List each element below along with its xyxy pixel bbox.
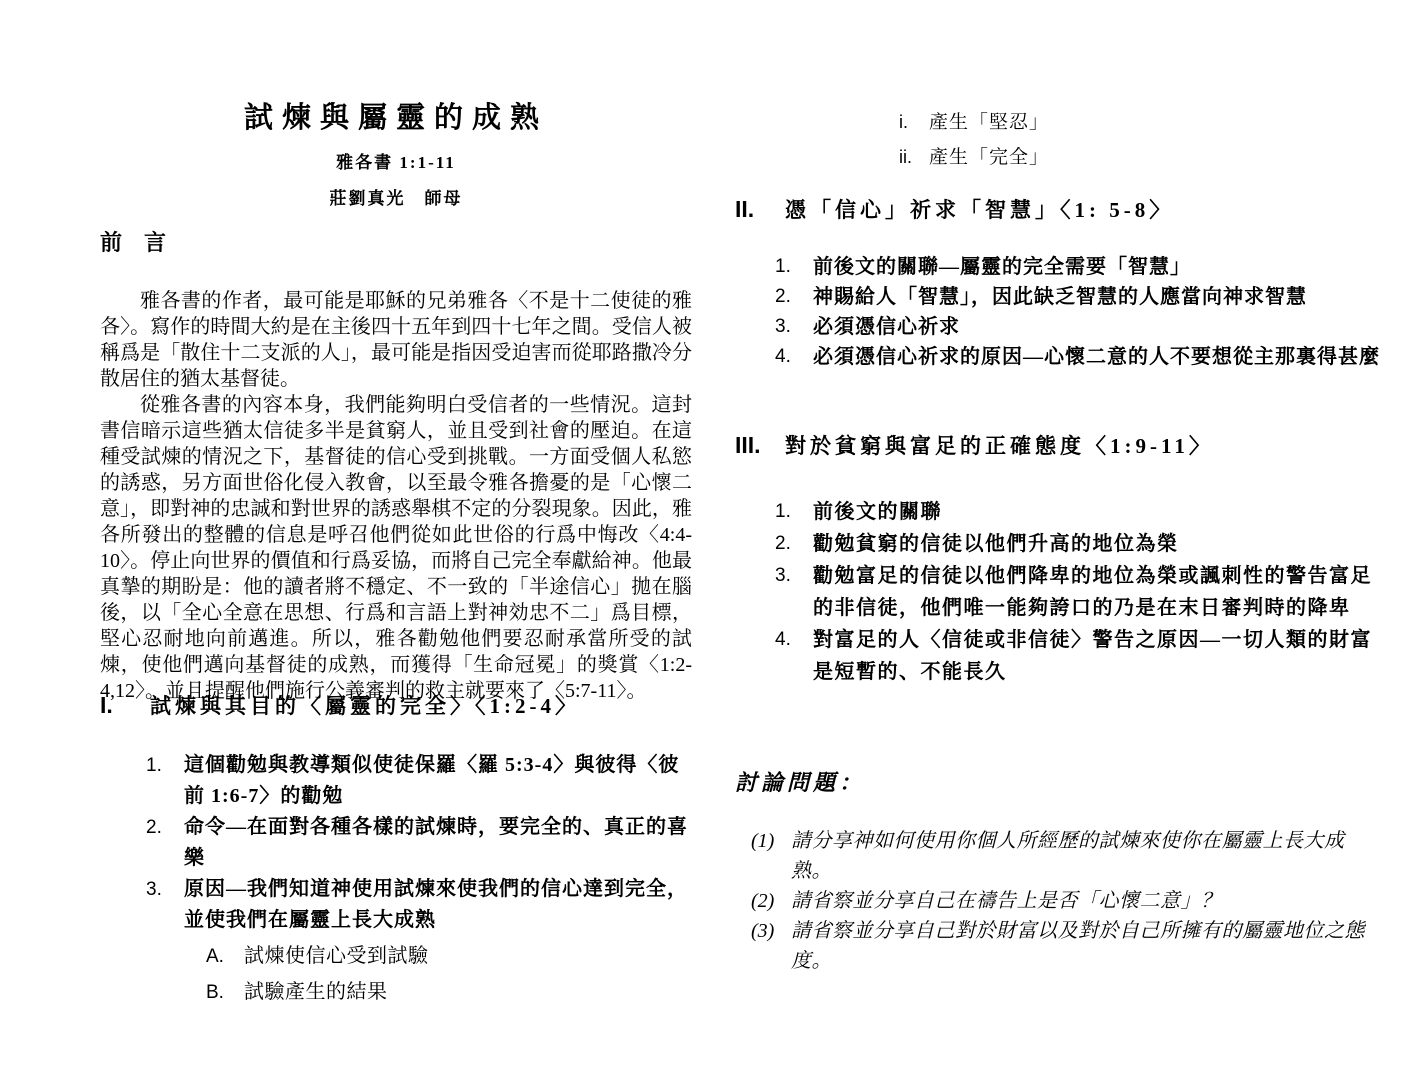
list-item-text: 這個勸勉與教導類似使徒保羅〈羅 5:3-4〉與彼得〈彼前 1:6-7〉的勸勉	[184, 750, 692, 812]
list-item: 3. 勸勉富足的信徒以他們降卑的地位為榮或諷刺性的警告富足的非信徒，他們唯一能夠…	[775, 560, 1381, 624]
left-page-column: 試煉與屬靈的成熟 雅各書 1:1-11 莊劉真光 師母 前 言 雅各書的作者，最…	[100, 100, 692, 1040]
title-block: 試煉與屬靈的成熟 雅各書 1:1-11 莊劉真光 師母	[100, 100, 692, 209]
author-name: 莊劉真光 師母	[100, 184, 692, 209]
list-item-number: 1.	[775, 252, 813, 282]
list-item: 3. 必須憑信心祈求	[775, 312, 1381, 342]
preface-paragraph-1: 雅各書的作者，最可能是耶穌的兄弟雅各〈不是十二使徒的雅各〉。寫作的時間大約是在主…	[100, 288, 692, 392]
section2-heading-text: 憑「信心」祈求「智慧」〈1: 5-8〉	[785, 196, 1174, 224]
list-item-text: 對富足的人〈信徒或非信徒〉警告之原因—一切人類的財富是短暫的、不能長久	[813, 624, 1381, 688]
list-item: 4. 對富足的人〈信徒或非信徒〉警告之原因—一切人類的財富是短暫的、不能長久	[775, 624, 1381, 688]
list-item-number: 4.	[775, 624, 813, 656]
question-number: (3)	[751, 916, 791, 946]
page-title: 試煉與屬靈的成熟	[100, 100, 692, 136]
list-item: 1. 前後文的關聯—屬靈的完全需要「智慧」	[775, 252, 1381, 282]
list-item-text: 原因—我們知道神使用試煉來使我們的信心達到完全，並使我們在屬靈上長大成熟	[184, 874, 692, 936]
sub-list-item-letter: B.	[206, 977, 244, 1008]
question-number: (1)	[751, 826, 791, 856]
section1-numeral: I.	[100, 692, 150, 719]
question-text: 請省察並分享自己對於財富以及對於自己所擁有的屬靈地位之態度。	[791, 916, 1383, 976]
preface-heading: 前 言	[100, 226, 166, 257]
list-item-number: 1.	[146, 750, 184, 781]
list-item-number: 1.	[775, 496, 813, 528]
section3-heading-text: 對於貧窮與富足的正確態度〈1:9-11〉	[785, 432, 1214, 460]
sub-list-item: B. 試驗產生的結果	[206, 977, 692, 1008]
outcome-item: i. 產生「堅忍」	[899, 105, 1049, 140]
list-item-number: 3.	[775, 560, 813, 592]
list-item-text: 前後文的關聯—屬靈的完全需要「智慧」	[813, 252, 1381, 282]
list-item: 2. 神賜給人「智慧」，因此缺乏智慧的人應當向神求智慧	[775, 282, 1381, 312]
preface-paragraph-2: 從雅各書的內容本身，我們能夠明白受信者的一些情況。這封書信暗示這些猶太信徒多半是…	[100, 392, 692, 704]
list-item-number: 3.	[775, 312, 813, 342]
sub-list-item-letter: A.	[206, 941, 244, 972]
list-item-number: 2.	[775, 528, 813, 560]
outcome-item-text: 產生「堅忍」	[929, 105, 1049, 140]
list-item-number: 2.	[775, 282, 813, 312]
list-item: 1. 這個勸勉與教導類似使徒保羅〈羅 5:3-4〉與彼得〈彼前 1:6-7〉的勸…	[146, 750, 692, 812]
section3-heading: III. 對於貧窮與富足的正確態度〈1:9-11〉	[735, 432, 1385, 460]
list-item-text: 必須憑信心祈求的原因—心懷二意的人不要想從主那裏得甚麼	[813, 342, 1381, 372]
sub-list-item-text: 試驗產生的結果	[244, 977, 692, 1008]
section1-list: 1. 這個勸勉與教導類似使徒保羅〈羅 5:3-4〉與彼得〈彼前 1:6-7〉的勸…	[146, 750, 692, 1008]
list-item-number: 4.	[775, 342, 813, 372]
list-item-text: 神賜給人「智慧」，因此缺乏智慧的人應當向神求智慧	[813, 282, 1381, 312]
list-item-text: 勸勉富足的信徒以他們降卑的地位為榮或諷刺性的警告富足的非信徒，他們唯一能夠誇口的…	[813, 560, 1381, 624]
discussion-question: (2) 請省察並分享自己在禱告上是否「心懷二意」？	[751, 886, 1383, 916]
section1-heading: I. 試煉與其目的〈屬靈的完全〉〈1:2-4〉	[100, 692, 692, 720]
section2-numeral: II.	[735, 196, 785, 223]
section1-heading-text: 試煉與其目的〈屬靈的完全〉〈1:2-4〉	[150, 692, 580, 720]
list-item-text: 勸勉貧窮的信徒以他們升高的地位為榮	[813, 528, 1381, 560]
question-number: (2)	[751, 886, 791, 916]
scripture-reference: 雅各書 1:1-11	[100, 148, 692, 173]
list-item: 2. 勸勉貧窮的信徒以他們升高的地位為榮	[775, 528, 1381, 560]
sub-list-item: A. 試煉使信心受到試驗	[206, 941, 692, 972]
section2-list: 1. 前後文的關聯—屬靈的完全需要「智慧」 2. 神賜給人「智慧」，因此缺乏智慧…	[775, 252, 1381, 372]
section3-list: 1. 前後文的關聯 2. 勸勉貧窮的信徒以他們升高的地位為榮 3. 勸勉富足的信…	[775, 496, 1381, 688]
right-page-column: i. 產生「堅忍」 ii. 產生「完全」 II. 憑「信心」祈求「智慧」〈1: …	[735, 100, 1385, 1060]
list-item-text: 前後文的關聯	[813, 496, 1381, 528]
list-item: 3. 原因—我們知道神使用試煉來使我們的信心達到完全，並使我們在屬靈上長大成熟	[146, 874, 692, 936]
section3-numeral: III.	[735, 432, 785, 459]
list-item-text: 命令—在面對各種各樣的試煉時，要完全的、真正的喜樂	[184, 812, 692, 874]
outcome-item: ii. 產生「完全」	[899, 140, 1049, 175]
discussion-heading: 討論問題：	[735, 766, 865, 797]
outcome-list: i. 產生「堅忍」 ii. 產生「完全」	[899, 105, 1049, 175]
list-item: 1. 前後文的關聯	[775, 496, 1381, 528]
list-item: 4. 必須憑信心祈求的原因—心懷二意的人不要想從主那裏得甚麼	[775, 342, 1381, 372]
discussion-question: (1) 請分享神如何使用你個人所經歷的試煉來使你在屬靈上長大成熟。	[751, 826, 1383, 886]
list-item-number: 2.	[146, 812, 184, 843]
preface-text: 雅各書的作者，最可能是耶穌的兄弟雅各〈不是十二使徒的雅各〉。寫作的時間大約是在主…	[100, 288, 692, 704]
discussion-question: (3) 請省察並分享自己對於財富以及對於自己所擁有的屬靈地位之態度。	[751, 916, 1383, 976]
list-item-number: 3.	[146, 874, 184, 905]
sub-list-item-text: 試煉使信心受到試驗	[244, 941, 692, 972]
list-item-text: 必須憑信心祈求	[813, 312, 1381, 342]
outcome-item-text: 產生「完全」	[929, 140, 1049, 175]
section1-sublist: A. 試煉使信心受到試驗 B. 試驗產生的結果	[206, 941, 692, 1008]
discussion-question-list: (1) 請分享神如何使用你個人所經歷的試煉來使你在屬靈上長大成熟。 (2) 請省…	[751, 826, 1383, 976]
outcome-item-numeral: i.	[899, 105, 929, 140]
outcome-item-numeral: ii.	[899, 140, 929, 175]
question-text: 請省察並分享自己在禱告上是否「心懷二意」？	[791, 886, 1383, 916]
list-item: 2. 命令—在面對各種各樣的試煉時，要完全的、真正的喜樂	[146, 812, 692, 874]
question-text: 請分享神如何使用你個人所經歷的試煉來使你在屬靈上長大成熟。	[791, 826, 1383, 886]
section2-heading: II. 憑「信心」祈求「智慧」〈1: 5-8〉	[735, 196, 1385, 224]
